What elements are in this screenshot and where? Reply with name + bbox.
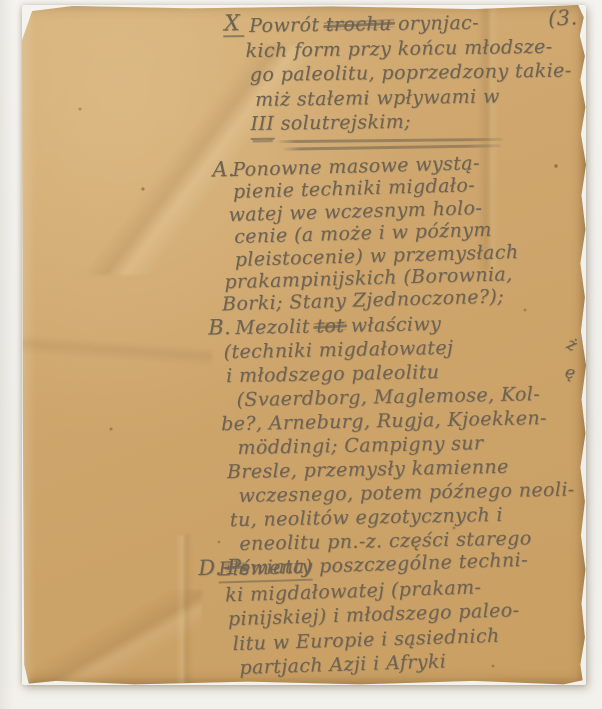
paragraph-marker-x: X [223,13,244,37]
handwritten-line: III solutrejskim; [250,107,572,139]
section-b-label: B. [208,315,231,339]
line-text: poszczególne techni- [312,549,528,578]
line-text: Powrót [249,14,326,37]
margin-correction-mark: ę [563,362,577,384]
line-text: właściwy [344,313,441,337]
line-text: Mezolit [235,315,317,339]
section-d: D.P. Elementy poszczególne techni- ki mi… [236,548,531,680]
underlined-word: Elementy [218,555,313,584]
handwriting-layer: (3. X Powrót trochu orynjac- kich form p… [22,5,586,685]
section-a: A. Ponowne masowe wystą- pienie techniki… [232,151,520,316]
crossed-out-word: trochu [326,12,392,37]
manuscript-page: (3. X Powrót trochu orynjac- kich form p… [22,5,586,685]
section-divider [278,138,503,150]
crossed-out-word: tot [316,314,344,339]
underlined-numeral: III [250,112,274,140]
line-text: solutrejskim; [274,111,411,135]
scanned-document: (3. X Powrót trochu orynjac- kich form p… [0,0,602,709]
intro-paragraph: X Powrót trochu orynjac- kich form przy … [249,10,572,140]
line-text: orynjac- [391,12,479,35]
section-b: B. Mezolit tot właściwy (techniki migdał… [235,310,576,580]
